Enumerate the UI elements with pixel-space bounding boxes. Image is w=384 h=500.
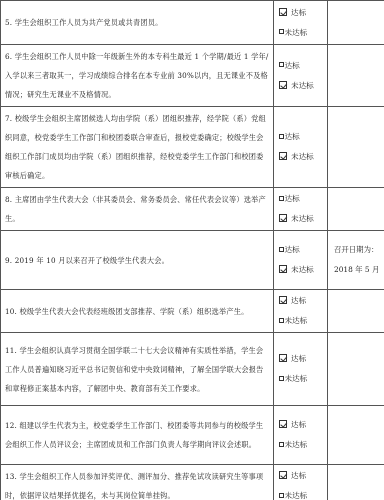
not-met-checkbox[interactable]: 未达标 [279,260,327,280]
not-met-checkbox[interactable]: 未达标 [279,311,327,331]
evaluation-table-body: 5. 学生会组织工作人员为共产党员或共青团员。达标未达标6. 学生会组织工作人员… [1,1,384,500]
unchecked-box-icon[interactable] [279,196,284,201]
checked-box-icon[interactable] [279,81,287,89]
table-row: 10. 校级学生代表大会代表经班级团支部推荐、学院（系）组织选举产生。达标未达标 [1,290,384,333]
note-cell [328,45,384,107]
unchecked-box-icon[interactable] [279,318,284,323]
criterion-text: 12. 组建以学生代表为主，校党委学生工作部门、校团委等共同参与的校级学生会组织… [1,406,274,465]
status-cell: 达标未达标 [274,290,328,333]
not-met-checkbox[interactable]: 未达标 [279,209,327,229]
status-cell: 达标未达标 [274,465,328,500]
unchecked-box-icon[interactable] [279,247,284,252]
option-label: 达标 [285,245,300,254]
unchecked-box-icon[interactable] [279,29,284,34]
option-label: 未达标 [291,81,314,90]
not-met-checkbox[interactable]: 未达标 [279,76,327,96]
status-cell: 达标未达标 [274,107,328,188]
status-cell: 达标未达标 [274,406,328,465]
checked-box-icon[interactable] [279,8,287,16]
criterion-text: 8. 主席团由学生代表大会（非其委员会、常务委员会、常任代表会议等）选举产生。 [1,188,274,231]
note-cell [328,333,384,406]
status-cell: 达标未达标 [274,1,328,45]
option-label: 达标 [291,471,306,480]
table-row: 5. 学生会组织工作人员为共产党员或共青团员。达标未达标 [1,1,384,45]
unchecked-box-icon[interactable] [279,134,284,139]
table-row: 8. 主席团由学生代表大会（非其委员会、常务委员会、常任代表会议等）选举产生。达… [1,188,384,231]
option-label: 达标 [285,61,300,70]
checked-box-icon[interactable] [279,471,287,479]
note-cell: 召开日期为：2018 年 5 月 [328,231,384,290]
not-met-checkbox[interactable]: 未达标 [279,435,327,455]
criterion-text: 13. 学生会组织工作人员参加评奖评优、测评加分、推荐免试攻读研究生等事项时，依… [1,465,274,500]
unchecked-box-icon[interactable] [279,493,284,498]
met-checkbox[interactable]: 达标 [279,3,327,23]
criterion-text: 11. 学生会组织认真学习贯彻全国学联二十七大会议精神有实质性举措，学生会工作人… [1,333,274,406]
note-cell [328,406,384,465]
status-cell: 达标未达标 [274,188,328,231]
option-label: 达标 [285,194,300,203]
note-cell [328,465,384,500]
option-label: 未达标 [285,316,308,325]
checked-box-icon[interactable] [279,354,287,362]
not-met-checkbox[interactable]: 未达标 [279,369,327,389]
met-checkbox[interactable]: 达标 [279,349,327,369]
note-cell [328,107,384,188]
option-label: 未达标 [291,152,314,161]
criterion-text: 7. 校级学生会组织主席团候选人均由学院（系）团组织推荐，经学院（系）党组织同意… [1,107,274,188]
table-row: 7. 校级学生会组织主席团候选人均由学院（系）团组织推荐，经学院（系）党组织同意… [1,107,384,188]
option-label: 达标 [291,8,306,17]
option-label: 未达标 [291,214,314,223]
status-cell: 达标未达标 [274,333,328,406]
table-row: 12. 组建以学生代表为主，校党委学生工作部门、校团委等共同参与的校级学生会组织… [1,406,384,465]
option-label: 达标 [291,354,306,363]
unchecked-box-icon[interactable] [279,376,284,381]
criterion-text: 10. 校级学生代表大会代表经班级团支部推荐、学院（系）组织选举产生。 [1,290,274,333]
met-checkbox[interactable]: 达标 [279,240,327,260]
met-checkbox[interactable]: 达标 [279,415,327,435]
met-checkbox[interactable]: 达标 [279,127,327,147]
met-checkbox[interactable]: 达标 [279,56,327,76]
table-row: 6. 学生会组织工作人员中除一年级新生外的本专科生最近 1 个学期/最近 1 学… [1,45,384,107]
criterion-text: 9. 2019 年 10 月以来召开了校级学生代表大会。 [1,231,274,290]
option-label: 未达标 [285,374,308,383]
not-met-checkbox[interactable]: 未达标 [279,23,327,43]
evaluation-table: 5. 学生会组织工作人员为共产党员或共青团员。达标未达标6. 学生会组织工作人员… [0,0,384,500]
status-cell: 达标未达标 [274,45,328,107]
not-met-checkbox[interactable]: 未达标 [279,147,327,167]
option-label: 未达标 [285,440,308,449]
option-label: 达标 [291,296,306,305]
option-label: 未达标 [291,265,314,274]
not-met-checkbox[interactable]: 未达标 [279,486,327,500]
table-row: 9. 2019 年 10 月以来召开了校级学生代表大会。达标未达标召开日期为：2… [1,231,384,290]
table-row: 13. 学生会组织工作人员参加评奖评优、测评加分、推荐免试攻读研究生等事项时，依… [1,465,384,500]
unchecked-box-icon[interactable] [279,62,284,67]
met-checkbox[interactable]: 达标 [279,466,327,486]
criterion-text: 6. 学生会组织工作人员中除一年级新生外的本专科生最近 1 个学期/最近 1 学… [1,45,274,107]
table-row: 11. 学生会组织认真学习贯彻全国学联二十七大会议精神有实质性举措，学生会工作人… [1,333,384,406]
option-label: 达标 [291,420,306,429]
met-checkbox[interactable]: 达标 [279,189,327,209]
checked-box-icon[interactable] [279,214,287,222]
option-label: 未达标 [285,491,308,500]
criterion-text: 5. 学生会组织工作人员为共产党员或共青团员。 [1,1,274,45]
checked-box-icon[interactable] [279,296,287,304]
checked-box-icon[interactable] [279,152,287,160]
option-label: 达标 [285,132,300,141]
met-checkbox[interactable]: 达标 [279,291,327,311]
unchecked-box-icon[interactable] [279,442,284,447]
note-cell [328,188,384,231]
checked-box-icon[interactable] [279,420,287,428]
note-cell [328,290,384,333]
note-cell [328,1,384,45]
option-label: 未达标 [285,28,308,37]
checked-box-icon[interactable] [279,265,287,273]
status-cell: 达标未达标 [274,231,328,290]
